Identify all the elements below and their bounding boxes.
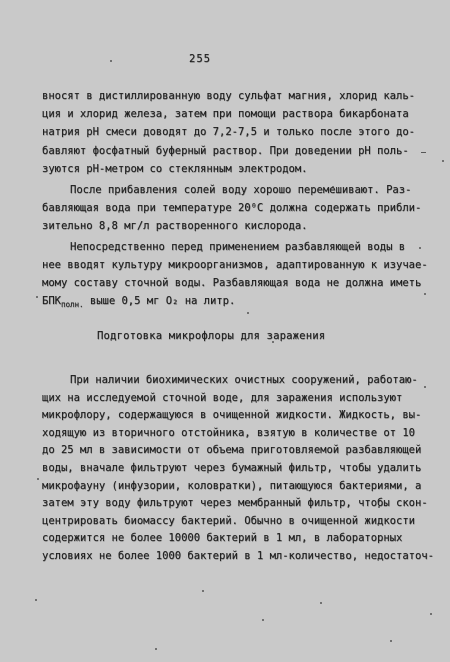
text-line: микрофауну (инфузории, коловратки), пита… <box>42 478 434 496</box>
text-line: Непосредственно перед применением разбав… <box>42 238 434 256</box>
bpk-rest: выше 0,5 мг О₂ на литр. <box>84 295 236 307</box>
text-line: натрия pH смеси доводят до 7,2-7,5 и тол… <box>42 123 434 141</box>
scan-speck <box>247 312 249 314</box>
text-line: бавляют фосфатный буферный раствор. При … <box>42 142 434 160</box>
scan-speck <box>262 619 264 621</box>
text-line: центрировать биомассу бактерий. Обычно в… <box>42 513 434 531</box>
bpk-line: БПКполн. выше 0,5 мг О₂ на литр. <box>42 292 434 314</box>
text-line: затем эту воду фильтруют через мембранны… <box>42 495 434 513</box>
scan-speck <box>419 247 421 249</box>
scan-speck <box>110 60 112 62</box>
paragraph: При наличии биохимических очистных соору… <box>42 372 434 566</box>
scan-speck <box>378 506 380 508</box>
text-line: При наличии биохимических очистных соору… <box>42 372 434 390</box>
scan-speck <box>430 613 432 615</box>
text-line: ходящую из вторичного отстойника, взятую… <box>42 425 434 443</box>
text-line: ция и хлорид железа, затем при помощи ра… <box>42 105 434 123</box>
text-line: зительно 8,8 мг/л растворенного кислород… <box>42 217 434 235</box>
scan-speck <box>272 341 274 343</box>
scan-speck <box>332 186 334 188</box>
scan-speck <box>35 599 37 601</box>
scan-speck <box>37 478 39 480</box>
text-line: содержится не более 10000 бактерий в 1 м… <box>42 530 434 548</box>
text-block-top: вносят в дистиллированную воду сульфат м… <box>42 87 434 314</box>
text-line: нее вводят культуру микроорганизмов, ада… <box>42 256 434 274</box>
text-block-main: При наличии биохимических очистных соору… <box>42 372 434 566</box>
scan-speck <box>390 640 392 642</box>
paragraph: Непосредственно перед применением разбав… <box>42 238 434 315</box>
scan-speck <box>442 160 444 162</box>
scanned-page: 255 вносят в дистиллированную воду сульф… <box>0 0 450 662</box>
scan-speck <box>421 152 426 153</box>
scan-speck <box>202 590 204 592</box>
scan-speck <box>320 602 322 604</box>
text-line: микрофлору, содержащуюся в очищенной жид… <box>42 407 434 425</box>
text-line: После прибавления солей воду хорошо пере… <box>42 181 434 199</box>
scan-speck <box>36 296 38 298</box>
bpk-subscript: полн. <box>61 300 84 309</box>
paragraph: После прибавления солей воду хорошо пере… <box>42 181 434 236</box>
text-line: зуются pH-метром со стеклянным электродо… <box>42 160 434 178</box>
text-line: щих на исследуемой сточной воде, для зар… <box>42 390 434 408</box>
scan-speck <box>424 293 426 295</box>
page-number: 255 <box>189 53 211 65</box>
text-line: до 25 мл в зависимости от объема пригото… <box>42 442 434 460</box>
scan-speck <box>424 386 426 388</box>
scan-speck <box>155 648 157 650</box>
text-line: воды, вначале фильтруют через бумажный ф… <box>42 460 434 478</box>
text-line: бавляющая вода при температуре 20⁰С долж… <box>42 199 434 217</box>
text-line: вносят в дистиллированную воду сульфат м… <box>42 87 434 105</box>
text-line: условиях не более 1000 бактерий в 1 мл-к… <box>42 548 434 566</box>
bpk-abbreviation: БПК <box>42 295 61 307</box>
text-line: мому составу сточной воды. Разбавляющая … <box>42 274 434 292</box>
paragraph: вносят в дистиллированную воду сульфат м… <box>42 87 434 178</box>
section-heading: Подготовка микрофлоры для заражения <box>97 330 325 342</box>
